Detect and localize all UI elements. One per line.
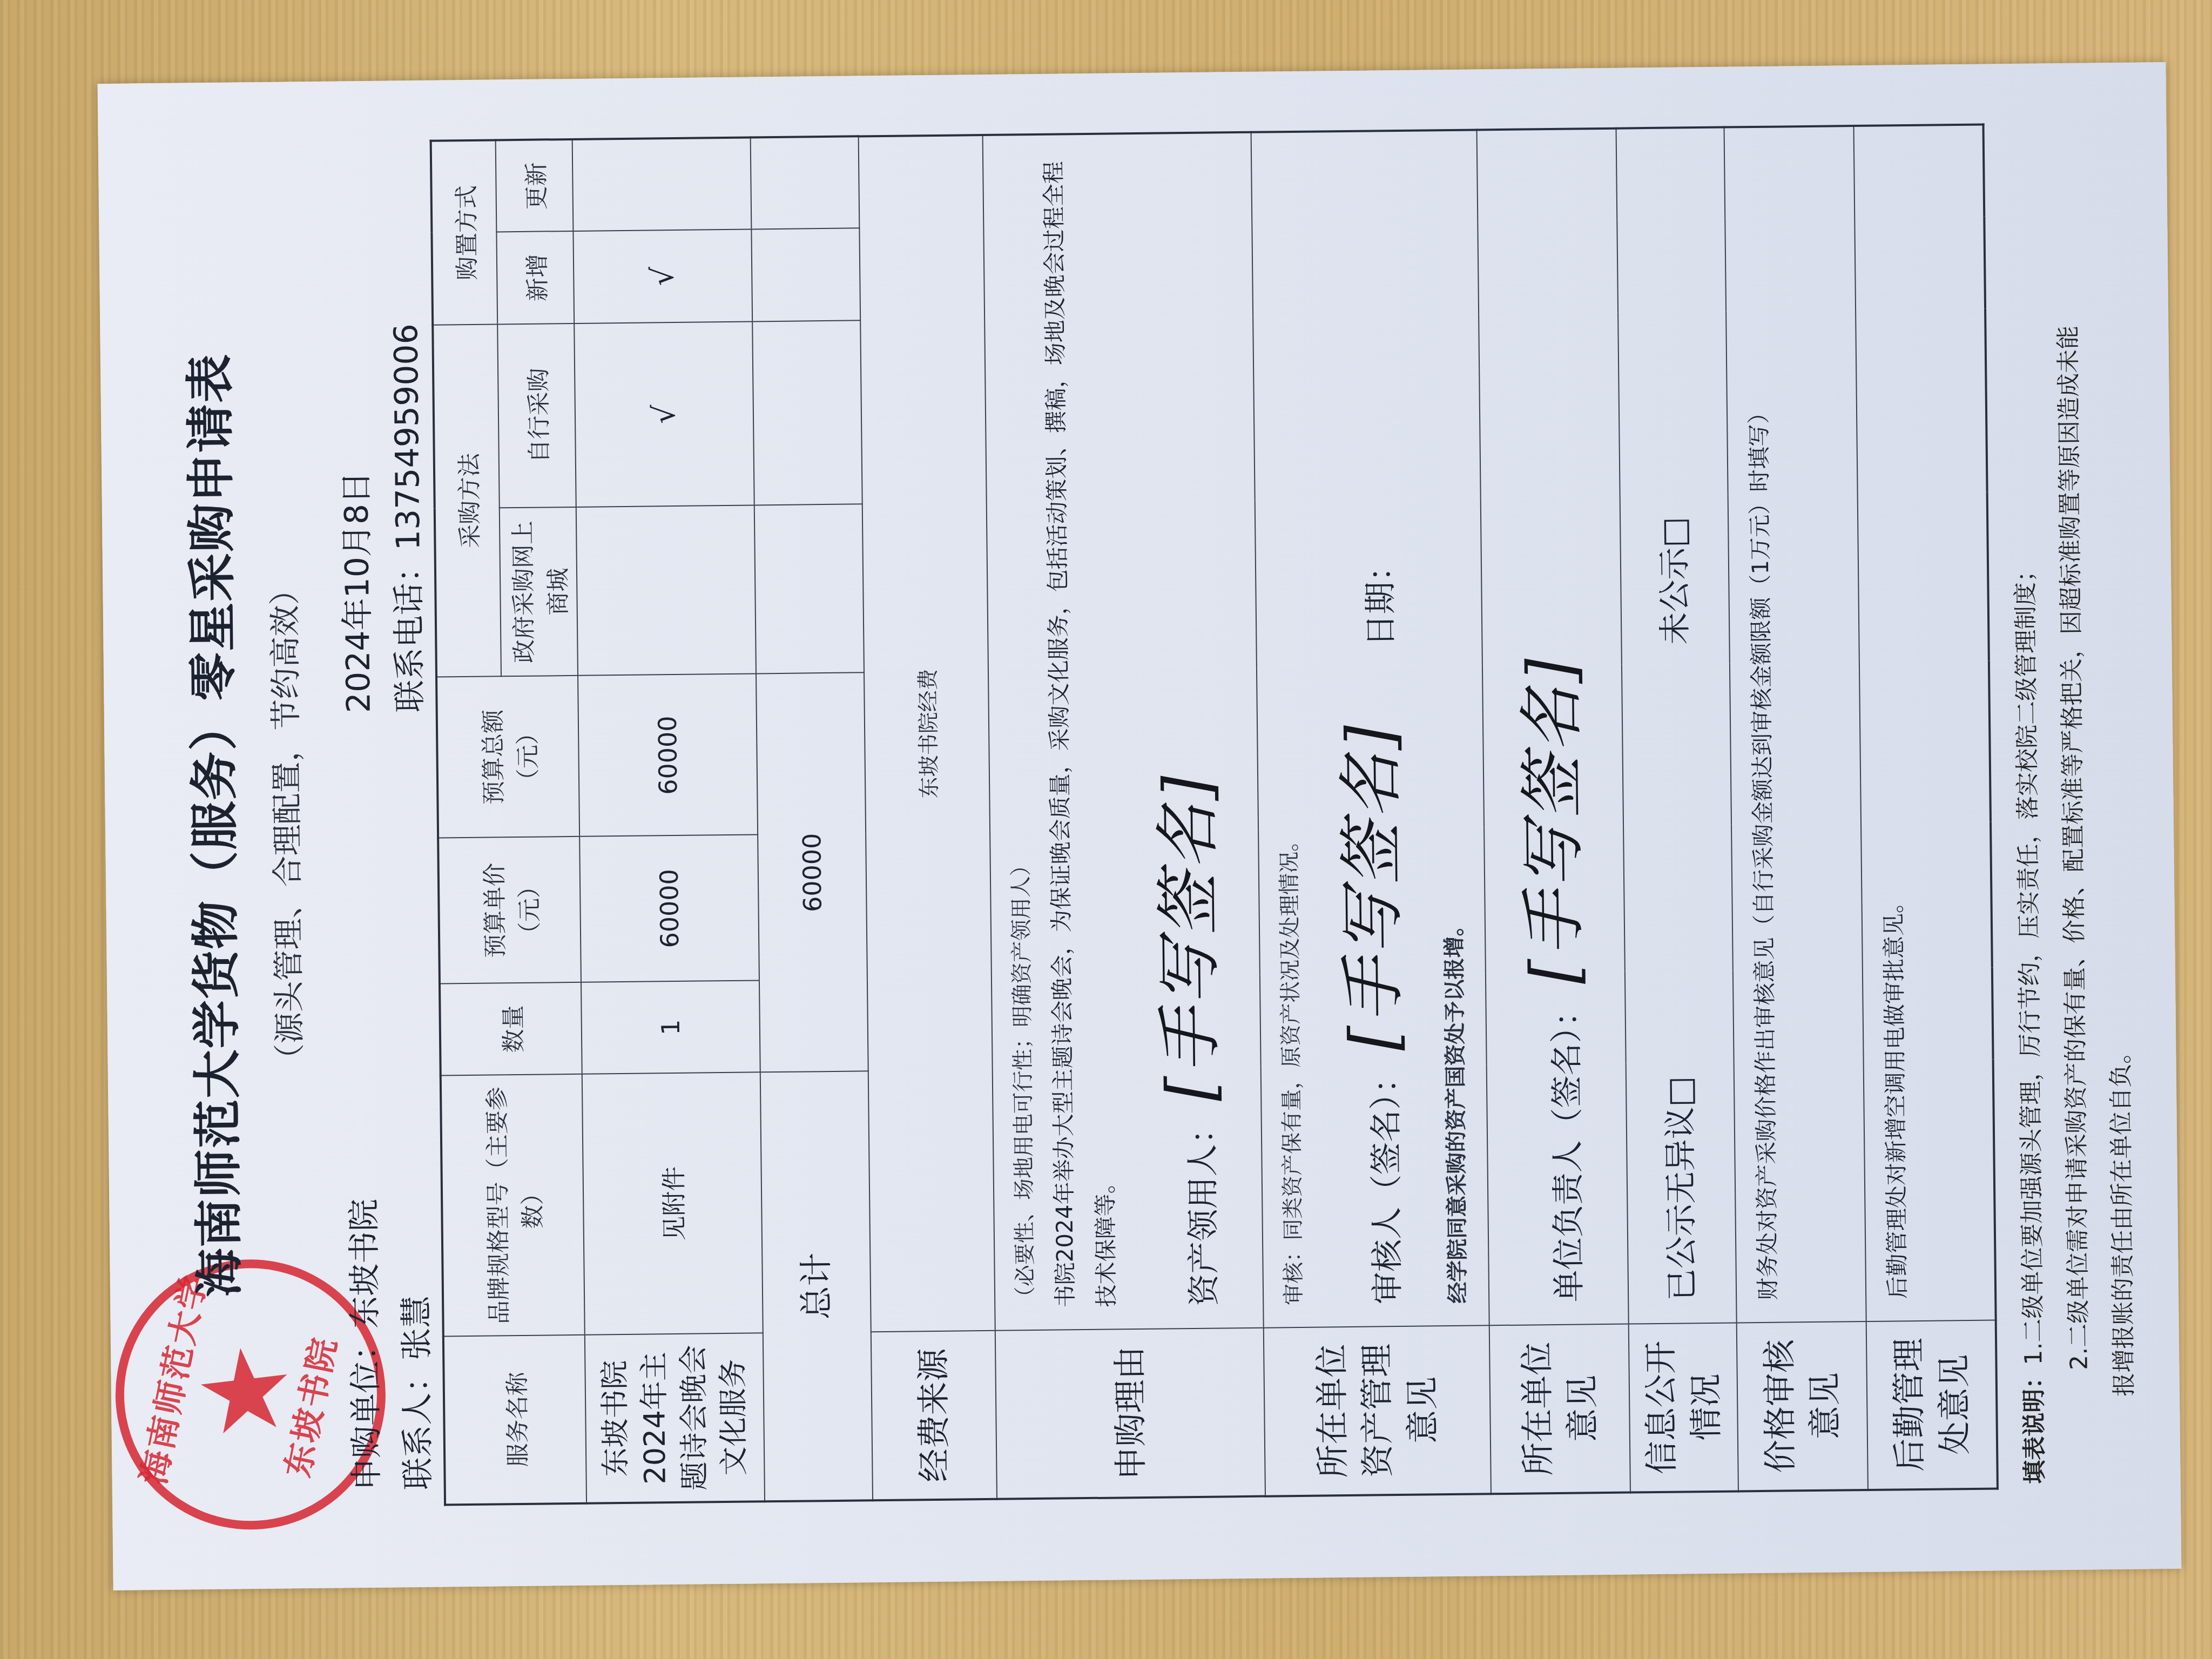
logistics-row: 后勤管理处意见 后勤管理处对新增空调用电做审批意见。 bbox=[1854, 125, 1998, 1490]
contact-person: 联系人：张慧 bbox=[390, 1296, 439, 1491]
asset-user-signature: [手写签名] bbox=[1150, 772, 1229, 1102]
logistics-label: 后勤管理处意见 bbox=[1866, 1320, 1998, 1490]
contact-phone-value: 13754959006 bbox=[387, 323, 427, 551]
unit-opinion-row: 所在单位意见 单位负责人（签名）： [手写签名] bbox=[1477, 129, 1630, 1494]
form-meta: 申购单位：东坡书院 2024年10月8日 联系人：张慧 联系电话：1375495… bbox=[322, 140, 444, 1507]
logistics-text: 后勤管理处对新增空调用电做审批意见。 bbox=[1854, 125, 1996, 1321]
disclosure-label: 信息公开情况 bbox=[1629, 1323, 1738, 1492]
form-sheet: 海南师范大学货物（服务）零星采购申请表 （源头管理、合理配置，节约高效） 申购单… bbox=[136, 122, 2148, 1509]
total-row: 总计 60000 bbox=[751, 136, 873, 1501]
header-procurement-method: 采购方法 bbox=[433, 324, 501, 677]
cell-quantity: 1 bbox=[581, 980, 760, 1074]
reason-text: 书院2024年举办大型主题诗会晚会，为保证晚会质量，采购文化服务，包括活动策划、… bbox=[1033, 156, 1127, 1307]
total-value: 60000 bbox=[756, 673, 868, 1073]
cell-unit-price: 60000 bbox=[579, 835, 759, 982]
header-quantity: 数量 bbox=[440, 982, 582, 1076]
header-method-self: 自行采购 bbox=[497, 323, 576, 508]
disclosure-row: 信息公开情况 已公示无异议□ 未公示□ bbox=[1616, 127, 1738, 1493]
disclosure-no-checkbox[interactable]: 未公示□ bbox=[1655, 517, 1694, 645]
contact-person-label: 联系人： bbox=[398, 1360, 437, 1491]
unit-head-label: 单位负责人（签名）： bbox=[1547, 994, 1588, 1303]
reason-label: 申购理由 bbox=[995, 1327, 1265, 1499]
unit-opinion-label: 所在单位意见 bbox=[1489, 1324, 1630, 1494]
header-total-price: 预算总额（元） bbox=[436, 676, 579, 838]
table-row: 东坡书院2024年主题诗会晚会文化服务 见附件 1 60000 60000 √ … bbox=[572, 137, 765, 1503]
cell-total-price: 60000 bbox=[578, 674, 758, 837]
procurement-form-paper: 海南师范大学 ★ 东坡书院 海南师范大学货物（服务）零星采购申请表 （源头管理、… bbox=[97, 62, 2181, 1590]
price-review-label: 价格审核意见 bbox=[1737, 1321, 1868, 1492]
price-review-row: 价格审核意见 财务处对资产采购价格作出审核意见（自行采购金额达到审核金额限额（1… bbox=[1724, 126, 1868, 1491]
cell-mode-new-check[interactable]: √ bbox=[573, 230, 752, 323]
reason-cell: （必要性、场地用电可行性；明确资产领用人） 书院2024年举办大型主题诗会晚会，… bbox=[983, 132, 1264, 1331]
funding-row: 经费来源 东坡书院经费 bbox=[859, 135, 997, 1500]
form-title: 海南师范大学货物（服务）零星采购申请表 bbox=[168, 141, 253, 1508]
contact-phone: 联系电话：13754959006 bbox=[380, 323, 431, 713]
unit-head-signature: [手写签名] bbox=[1514, 655, 1593, 984]
header-mode-new: 新增 bbox=[496, 231, 574, 324]
asset-user-label: 资产领用人： bbox=[1184, 1111, 1224, 1306]
header-mode-replace: 更新 bbox=[496, 139, 574, 232]
form-subtitle: （源头管理、合理配置，节约高效） bbox=[255, 141, 314, 1508]
header-method-gov-mall: 政府采购网上商城 bbox=[500, 507, 578, 677]
header-service-name: 服务名称 bbox=[443, 1335, 586, 1505]
unit-opinion-cell: 单位负责人（签名）： [手写签名] bbox=[1477, 129, 1629, 1325]
header-purchase-mode: 购置方式 bbox=[431, 140, 498, 325]
cell-mode-replace[interactable] bbox=[572, 137, 752, 231]
asset-mgmt-row: 所在单位资产管理意见 审核：同类资产保有量，原资产状况及处理情况。 审核人（签名… bbox=[1251, 130, 1491, 1496]
disclosure-cell: 已公示无异议□ 未公示□ bbox=[1616, 127, 1737, 1324]
reason-row: 申购理由 （必要性、场地用电可行性；明确资产领用人） 书院2024年举办大型主题… bbox=[983, 132, 1266, 1499]
cell-service-name: 东坡书院2024年主题诗会晚会文化服务 bbox=[585, 1333, 765, 1503]
total-label: 总计 bbox=[760, 1071, 873, 1502]
asset-mgmt-cell: 审核：同类资产保有量，原资产状况及处理情况。 审核人（签名）： [手写签名] 日… bbox=[1251, 130, 1489, 1327]
cell-brand-spec: 见附件 bbox=[582, 1073, 763, 1335]
funding-label: 经费来源 bbox=[871, 1331, 997, 1501]
procurement-table: 服务名称 品牌规格型号（主要参数） 数量 预算单价（元） 预算总额（元） 采购方… bbox=[430, 124, 1999, 1506]
applicant-unit-label: 申购单位： bbox=[347, 1328, 386, 1491]
header-brand-spec: 品牌规格型号（主要参数） bbox=[441, 1074, 585, 1336]
cell-method-self-check[interactable]: √ bbox=[574, 321, 754, 507]
contact-person-value: 张慧 bbox=[397, 1296, 436, 1361]
applicant-unit-value: 东坡书院 bbox=[345, 1199, 385, 1329]
reviewer-label: 审核人（签名）： bbox=[1367, 1061, 1407, 1305]
asset-user-line: 资产领用人： [手写签名] bbox=[1123, 155, 1252, 1307]
applicant-unit: 申购单位：东坡书院 bbox=[338, 1199, 388, 1491]
cell-method-gov-mall[interactable] bbox=[576, 505, 756, 676]
application-date: 2024年10月8日 bbox=[331, 471, 380, 713]
price-review-text: 财务处对资产采购价格作出审核意见（自行采购金额达到审核金额限额（1万元）时填写） bbox=[1724, 126, 1866, 1323]
notes-heading: 填表说明： bbox=[2020, 1365, 2049, 1484]
disclosure-yes-checkbox[interactable]: 已公示无异议□ bbox=[1661, 1076, 1701, 1301]
notes-item-1: 1.二级单位要加强源头管理，厉行节约，压实责任，落实校院二级管理制度； bbox=[2012, 558, 2048, 1365]
reviewer-line: 审核人（签名）： [手写签名] 日期： bbox=[1307, 153, 1435, 1305]
header-unit-price: 预算单价（元） bbox=[438, 837, 581, 983]
review-date-label: 日期： bbox=[1361, 549, 1400, 647]
asset-mgmt-label: 所在单位资产管理意见 bbox=[1264, 1325, 1491, 1496]
form-notes: 填表说明：1.二级单位要加强源头管理，厉行节约，压实责任，落实校院二级管理制度；… bbox=[1999, 122, 2148, 1489]
asset-mgmt-hint: 审核：同类资产保有量，原资产状况及处理情况。 bbox=[1263, 154, 1313, 1305]
reviewer-signature: [手写签名] bbox=[1333, 721, 1412, 1051]
funding-value: 东坡书院经费 bbox=[859, 135, 995, 1332]
asset-mgmt-note: 经学院同意采购的资产国资处予以报增。 bbox=[1427, 153, 1478, 1304]
contact-phone-label: 联系电话： bbox=[390, 550, 429, 713]
